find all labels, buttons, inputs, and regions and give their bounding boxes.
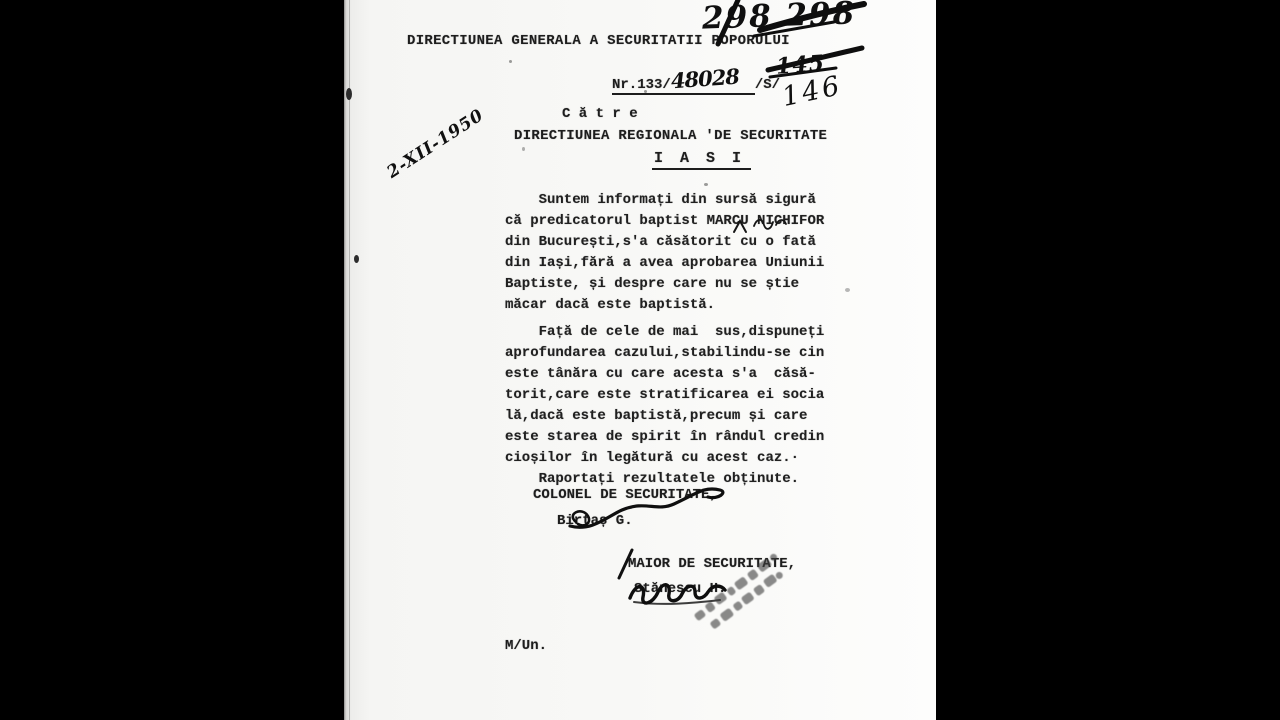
paper-speck	[845, 288, 850, 292]
signer1-title: COLONEL DE SECURITATE,	[533, 487, 718, 503]
ref-prefix: Nr.133/	[612, 77, 671, 93]
body-line: aprofundarea cazului,stabilindu-se cin	[505, 343, 824, 364]
signer2-name: Stănescu H.	[634, 581, 726, 597]
recipient-city: I A S I	[652, 150, 751, 170]
video-frame: DIRECTIUNEA GENERALA A SECURITATII POPOR…	[0, 0, 1280, 720]
body-line: Față de cele de mai sus,dispuneți	[505, 322, 824, 343]
salutation: C ă t r e	[562, 106, 638, 122]
handwritten-date: 2-XII-1950	[384, 105, 488, 182]
body-line: lă,dacă este baptistă,precum și care	[505, 406, 824, 427]
letter-body: Suntem informați din sursă sigură că pre…	[505, 190, 824, 490]
handwritten-page-numbers: 298 298	[701, 0, 856, 37]
scanned-document-page: DIRECTIUNEA GENERALA A SECURITATII POPOR…	[344, 0, 936, 720]
handwritten-registry-number: 48028	[670, 64, 740, 94]
reference-line: Nr.133/48028 /S/	[612, 68, 780, 95]
body-line: că predicatorul baptist MARCU NICHIFOR	[505, 211, 824, 232]
body-line: Baptiste, și despre care nu se știe	[505, 274, 824, 295]
edge-blot	[354, 255, 359, 263]
typist-note: M/Un.	[505, 638, 547, 654]
body-line: torit,care este stratificarea ei socia	[505, 385, 824, 406]
body-line: cioșilor în legătură cu acest caz.·	[505, 448, 824, 469]
recipient-line: DIRECTIUNEA REGIONALA 'DE SECURITATE	[514, 128, 827, 144]
paper-speck	[704, 183, 708, 186]
scan-edge-seam	[349, 0, 350, 720]
body-line: este tânăra cu care acesta s'a căsă-	[505, 364, 824, 385]
edge-blot	[346, 88, 352, 100]
body-line: din București,s'a căsătorit cu o fată	[505, 232, 824, 253]
signer1-name: Birtaș G.	[557, 513, 633, 529]
body-line: măcar dacă este baptistă.	[505, 295, 824, 316]
body-line: din Iași,fără a avea aprobarea Uniunii	[505, 253, 824, 274]
paper-speck	[522, 147, 525, 151]
paper-speck	[509, 60, 512, 63]
signer2-title: MAIOR DE SECURITATE,	[628, 556, 796, 572]
body-line: este starea de spirit în rândul credin	[505, 427, 824, 448]
body-line: Suntem informați din sursă sigură	[505, 190, 824, 211]
